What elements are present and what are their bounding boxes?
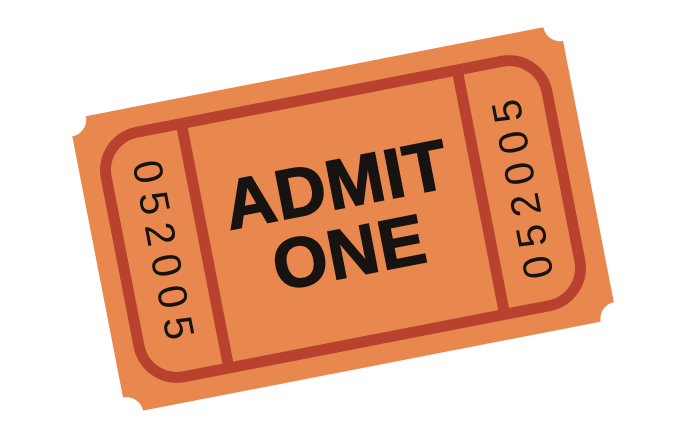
ticket-main-text: ADMIT ONE xyxy=(188,76,498,361)
admit-one-ticket: 052005 052005 ADMIT ONE xyxy=(69,24,617,414)
page-background: 052005 052005 ADMIT ONE xyxy=(0,0,686,444)
